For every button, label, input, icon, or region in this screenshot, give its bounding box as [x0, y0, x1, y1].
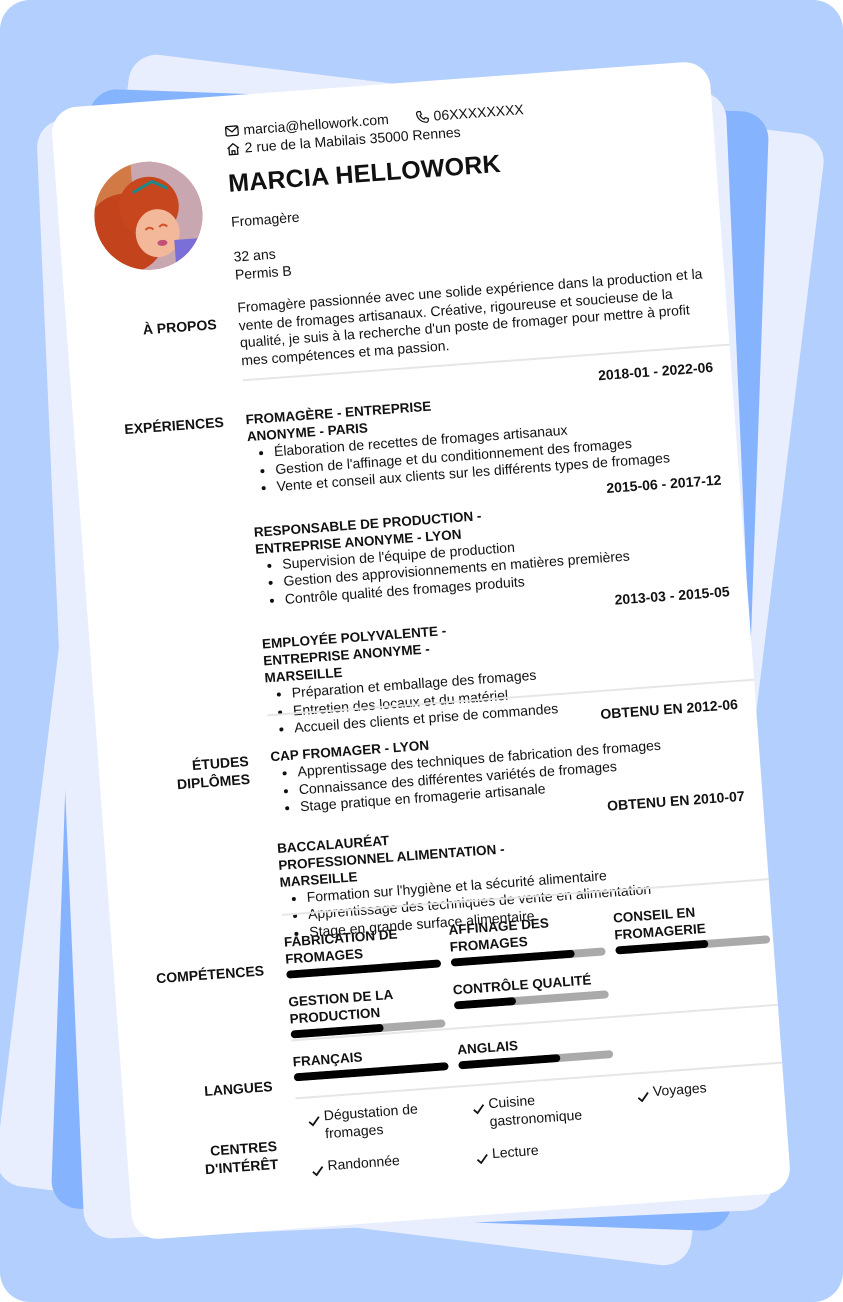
page-background: marcia@hellowork.com 06XXXXXXXX 2 rue de…: [0, 0, 843, 1302]
interest-label: Lecture: [491, 1142, 539, 1163]
interest-item: Dégustation de fromages: [306, 1098, 458, 1144]
check-icon: [636, 1089, 651, 1104]
section-title: CENTRES D'INTÉRÊT: [127, 1137, 279, 1184]
entry-dates: 2018-01 - 2022-06: [598, 359, 714, 383]
avatar: [91, 158, 207, 274]
experiences-section: EXPÉRIENCES 2018-01 - 2022-06Fromagère -…: [72, 358, 730, 406]
personal-details: 32 ans Permis B: [233, 244, 292, 284]
entry-dates: 2013-03 - 2015-05: [614, 583, 730, 607]
interest-label: Voyages: [652, 1079, 707, 1100]
about-text: Fromagère passionnée avec une solide exp…: [237, 265, 711, 369]
section-title: ÉTUDES DIPLÔMES: [98, 752, 250, 799]
about-section: À PROPOS Fromagère passionnée avec une s…: [65, 264, 723, 312]
interest-item: Randonnée: [310, 1148, 461, 1179]
resume-card: marcia@hellowork.com 06XXXXXXXX 2 rue de…: [50, 60, 791, 1240]
interest-item: Voyages: [635, 1073, 786, 1104]
skill-item: Anglais: [457, 1030, 614, 1069]
interest-item: Lecture: [474, 1135, 625, 1166]
check-icon: [307, 1114, 322, 1129]
contact-info: marcia@hellowork.com 06XXXXXXXX 2 rue de…: [224, 100, 526, 158]
check-icon: [310, 1163, 325, 1178]
envelope-icon: [224, 122, 240, 138]
skill-level-fill: [454, 997, 516, 1010]
job-title: Fromagère: [231, 209, 300, 230]
section-title: COMPÉTENCES: [114, 961, 265, 990]
interest-label: Cuisine gastronomique: [488, 1086, 623, 1131]
section-title: EXPÉRIENCES: [73, 413, 224, 442]
interest-label: Dégustation de fromages: [323, 1098, 458, 1143]
entry-dates: 2015-06 - 2017-12: [606, 471, 722, 495]
check-icon: [475, 1151, 490, 1166]
experiences-list: 2018-01 - 2022-06Fromagère - Entreprise …: [244, 359, 738, 739]
section-title: LANGUES: [122, 1077, 273, 1106]
home-icon: [225, 140, 241, 156]
phone-icon: [414, 108, 430, 124]
interest-item: Cuisine gastronomique: [471, 1086, 623, 1132]
section-title: À PROPOS: [66, 315, 217, 344]
skill-item: Français: [292, 1042, 449, 1081]
driving-license: Permis B: [234, 261, 292, 283]
check-icon: [471, 1102, 486, 1117]
skill-item: Contrôle qualité: [452, 970, 609, 1009]
interest-label: Randonnée: [327, 1152, 400, 1175]
candidate-name: MARCIA HELLOWORK: [227, 150, 501, 199]
